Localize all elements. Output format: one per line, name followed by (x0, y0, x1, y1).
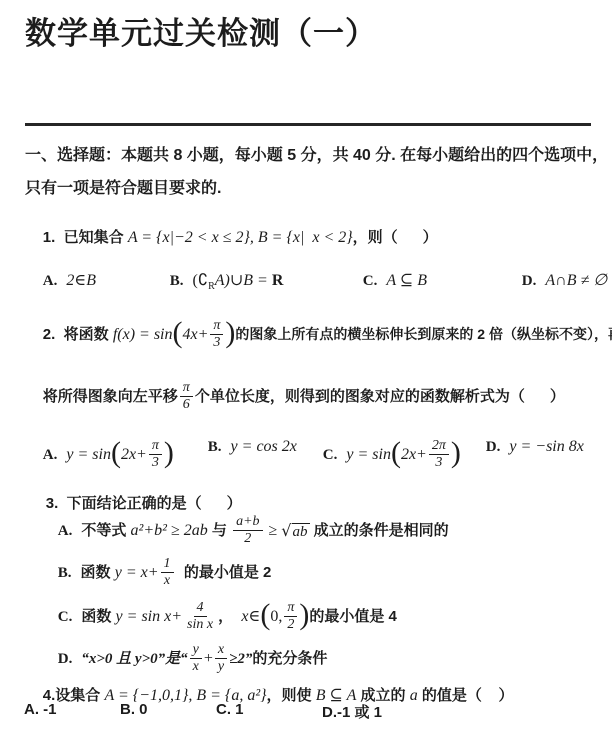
q2-option-d: D.y = −sin 8x (468, 420, 584, 474)
q3-option-d-rel: ≥2” (229, 651, 252, 667)
question-4: 4.设集合 A = {−1,0,1}, B = {a, a²}，则使 B ⊆ A… (25, 666, 514, 723)
q3-option-a-inequality: a²+b² ≥ 2ab (131, 522, 208, 539)
left-paren: ( (111, 436, 121, 469)
q4-option-a: A. -1 (24, 701, 57, 718)
q3-option-b-pre: 函数 (81, 564, 115, 581)
q2-option-c: C.y = sin(2x+2π3) (305, 420, 461, 489)
left-paren: ( (172, 316, 182, 349)
q2-option-b-label: B. (208, 439, 222, 455)
fraction-2pi-3: 2π3 (429, 438, 449, 471)
q2-option-a-label: A. (43, 447, 58, 463)
q2-function: f(x) = sin (113, 326, 173, 343)
question-1-suffix: ，则（ ） (353, 229, 438, 246)
geq-symbol: ≥ (265, 522, 282, 539)
section-instructions-line2: 只有一项是符合题目要求的. (25, 175, 221, 198)
q1-option-c-math: A ⊆ B (386, 272, 427, 289)
q3-option-d-label: D. (58, 651, 73, 667)
q2-option-a-pre: y = sin (66, 446, 111, 463)
question-4-intro: 设集合 (55, 687, 104, 704)
question-2-intro: 将函数 (55, 326, 113, 343)
question-4-tail: 的值是（ ） (418, 687, 514, 704)
section-instructions-line1: 一、选择题：本题共 8 小题，每小题 5 分，共 40 分. 在每小题给出的四个… (25, 142, 608, 165)
section-divider (25, 123, 591, 126)
fraction-pi-3: π3 (210, 318, 223, 351)
fraction-pi-3: π3 (149, 438, 162, 471)
q4-option-c: C. 1 (216, 701, 244, 718)
q4-option-b: B. 0 (120, 701, 148, 718)
complement-symbol: (∁ (193, 272, 209, 289)
q3-option-c-xin: x∈ (241, 608, 260, 625)
q2-option-d-math: y = −sin 8x (509, 438, 583, 455)
q4-option-d: D.-1 或 1 (322, 701, 382, 722)
question-1-number: 1. (43, 229, 56, 246)
q3-option-c-comma: ， (218, 608, 241, 625)
plus-symbol: + (204, 650, 213, 667)
q3-option-b-label: B. (58, 565, 72, 581)
fraction-pi-6: π6 (180, 380, 193, 413)
q2-argument: 4x+ (182, 326, 208, 343)
question-1-intro: 已知集合 (55, 229, 128, 246)
q3-option-c-pre: 函数 (81, 608, 115, 625)
q3-option-d-pre: “x>0 且 y>0”是“ (81, 651, 187, 667)
q1-option-d-math: A∩B ≠ ∅ (545, 272, 607, 289)
interval-start: 0, (270, 608, 282, 625)
left-paren: ( (391, 436, 401, 469)
q1-option-a-math: 2∈B (66, 272, 96, 289)
question-2-line2-head: 将所得图象向左平移 (43, 388, 178, 405)
q1-option-b-math: A)∪B = (215, 272, 272, 289)
question-2-line2-tail: 个单位长度，则得到的图象对应的函数解析式为（ ） (195, 388, 565, 405)
question-1-sets: A = {x|−2 < x ≤ 2}, B = {x| x < 2} (128, 229, 353, 246)
question-2-number: 2. (43, 326, 56, 343)
q3-option-b-tail: 的最小值是 2 (176, 564, 272, 581)
radical-icon: √ (281, 521, 291, 540)
q1-option-d-label: D. (522, 273, 537, 289)
right-paren: ) (225, 316, 235, 349)
question-2-line1: 2. 将函数 f(x) = sin(4x+π3)的图象上所有点的横坐标伸长到原来… (25, 300, 612, 369)
q2-option-c-arg: 2x+ (401, 446, 427, 463)
complement-subscript: R (208, 281, 215, 292)
reals-symbol: R (272, 272, 284, 289)
document-page: 数学单元过关检测（一） 一、选择题：本题共 8 小题，每小题 5 分，共 40 … (0, 0, 612, 739)
q3-option-c-math: y = sin x+ (116, 608, 182, 625)
q1-option-b-label: B. (170, 273, 184, 289)
q3-option-c-tail: 的最小值是 4 (309, 608, 397, 625)
q3-option-a-mid: 与 (208, 522, 231, 539)
q3-option-b-math: y = x+ (115, 564, 159, 581)
q2-option-b: B.y = cos 2x (190, 420, 297, 474)
q3-option-d-tail: 的充分条件 (252, 650, 327, 667)
q3-option-a-tail: 成立的条件是相同的 (310, 522, 449, 539)
q2-option-c-label: C. (323, 447, 338, 463)
question-4-mid: ，则使 (267, 687, 316, 704)
q2-option-b-math: y = cos 2x (231, 438, 297, 455)
right-paren: ) (164, 436, 174, 469)
q2-option-c-pre: y = sin (346, 446, 391, 463)
right-paren: ) (451, 436, 461, 469)
sqrt-ab: √ab (281, 523, 309, 540)
question-4-var: a (410, 687, 418, 704)
page-title: 数学单元过关检测（一） (25, 8, 377, 53)
q1-option-c-label: C. (363, 273, 378, 289)
q3-option-a-label: A. (58, 523, 73, 539)
q1-option-a-label: A. (43, 273, 58, 289)
q2-option-a-arg: 2x+ (121, 446, 147, 463)
q2-option-d-label: D. (486, 439, 501, 455)
q3-option-c-label: C. (58, 609, 73, 625)
q3-option-a-pre: 不等式 (81, 522, 130, 539)
question-2-line1-text: 的图象上所有点的横坐标伸长到原来的 2 倍（纵坐标不变），再 (235, 326, 612, 342)
